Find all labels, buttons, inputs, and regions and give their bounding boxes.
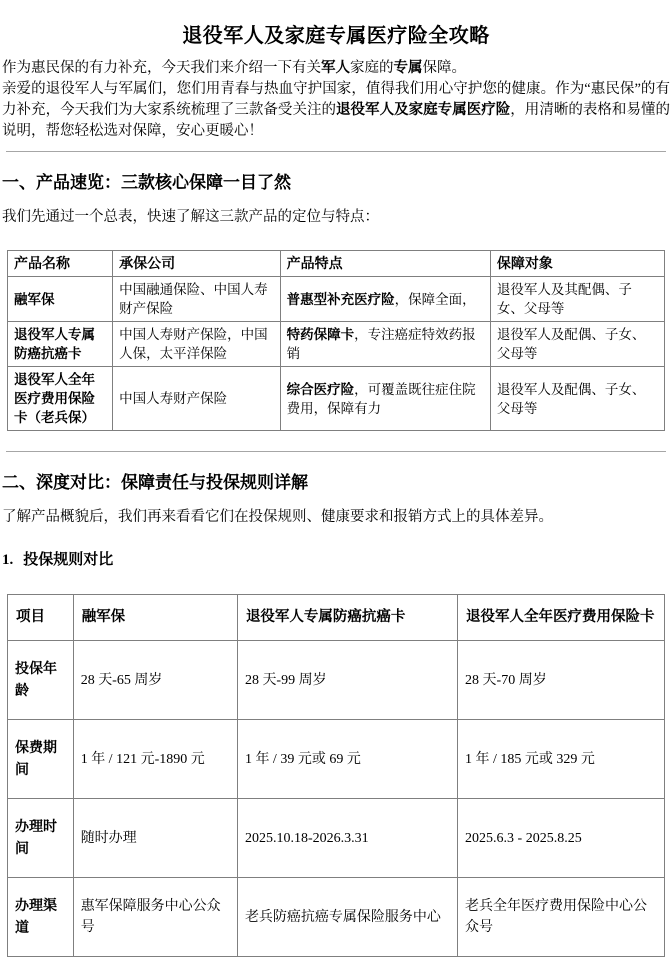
table-cell: 退役军人全年医疗费用保险卡（老兵保） [8,367,113,431]
bold-text: 普惠型补充医疗险 [287,292,395,307]
table-row: 办理时间随时办理2025.10.18-2026.3.312025.6.3 - 2… [8,799,665,878]
column-header: 产品名称 [8,251,113,277]
enrollment-rules-table: 项目融军保退役军人专属防癌抗癌卡退役军人全年医疗费用保险卡投保年龄28 天-65… [7,594,665,957]
bold-text: 综合医疗险 [287,382,355,397]
table-cell: 1 年 / 121 元-1890 元 [73,720,237,799]
table-cell: 28 天-65 周岁 [73,641,237,720]
bold-text: 特药保障卡 [287,327,355,342]
column-header: 项目 [8,595,74,641]
table-cell: 中国人寿财产保险 [113,367,281,431]
table-cell: 办理时间 [8,799,74,878]
table-row: 退役军人专属防癌抗癌卡中国人寿财产保险，中国人保，太平洋保险特药保障卡，专注癌症… [8,322,665,367]
table-cell: 普惠型补充医疗险，保障全面， [280,277,490,322]
bold-text: 退役军人专属防癌抗癌卡 [14,327,95,361]
section1-heading: 一、产品速览：三款核心保障一目了然 [2,172,670,194]
column-header: 退役军人专属防癌抗癌卡 [237,595,457,641]
document-page: 退役军人及家庭专属医疗险全攻略 作为惠民保的有力补充，今天我们来介绍一下有关军人… [0,0,672,963]
section2-intro: 了解产品概貌后，我们再来看看它们在投保规则、健康要求和报销方式上的具体差异。 [2,507,670,528]
table-row: 融军保中国融通保险、中国人寿财产保险普惠型补充医疗险，保障全面，退役军人及其配偶… [8,277,665,322]
subsection1-number: 1. [2,552,13,568]
table-cell: 1 年 / 39 元或 69 元 [237,720,457,799]
bold-text: 军人 [321,60,350,76]
table-cell: 随时办理 [73,799,237,878]
table-cell: 退役军人及配偶、子女、父母等 [490,322,664,367]
table-row: 办理渠道惠军保障服务中心公众号老兵防癌抗癌专属保险服务中心老兵全年医疗费用保险中… [8,878,665,957]
table-cell: 28 天-70 周岁 [458,641,665,720]
table-cell: 退役军人及其配偶、子女、父母等 [490,277,664,322]
bold-text: 退役军人全年医疗费用保险卡（老兵保） [14,372,95,425]
table-cell: 惠军保障服务中心公众号 [73,878,237,957]
intro-paragraph-1: 作为惠民保的有力补充，今天我们来介绍一下有关军人家庭的专属保障。 [2,58,670,79]
subsection1-heading: 1.投保规则对比 [2,550,670,570]
table-cell: 2025.10.18-2026.3.31 [237,799,457,878]
section1-intro: 我们先通过一个总表，快速了解这三款产品的定位与特点： [2,207,670,228]
table-cell: 中国融通保险、中国人寿财产保险 [113,277,281,322]
table-cell: 综合医疗险，可覆盖既往症住院费用，保障有力 [280,367,490,431]
bold-text: 保费期间 [15,739,57,777]
table-cell: 退役军人及配偶、子女、父母等 [490,367,664,431]
table-cell: 融军保 [8,277,113,322]
column-header: 承保公司 [113,251,281,277]
table-cell: 老兵全年医疗费用保险中心公众号 [458,878,665,957]
table-cell: 投保年龄 [8,641,74,720]
products-overview-table: 产品名称承保公司产品特点保障对象融军保中国融通保险、中国人寿财产保险普惠型补充医… [7,250,665,431]
column-header: 退役军人全年医疗费用保险卡 [458,595,665,641]
page-title: 退役军人及家庭专属医疗险全攻略 [2,24,670,48]
table-cell: 28 天-99 周岁 [237,641,457,720]
intro-paragraph-2: 亲爱的退役军人与军属们，您们用青春与热血守护国家，值得我们用心守护您的健康。作为… [2,79,670,142]
table-row: 投保年龄28 天-65 周岁28 天-99 周岁28 天-70 周岁 [8,641,665,720]
section-divider-1 [6,151,666,152]
table-row: 保费期间1 年 / 121 元-1890 元1 年 / 39 元或 69 元1 … [8,720,665,799]
section-divider-2 [6,451,666,452]
table-cell: 1 年 / 185 元或 329 元 [458,720,665,799]
table-cell: 特药保障卡，专注癌症特效药报销 [280,322,490,367]
column-header: 保障对象 [490,251,664,277]
section2-heading: 二、深度对比：保障责任与投保规则详解 [2,472,670,494]
table-header-row: 产品名称承保公司产品特点保障对象 [8,251,665,277]
table-cell: 办理渠道 [8,878,74,957]
bold-text: 专属 [394,60,423,76]
bold-text: 融军保 [14,292,55,307]
table-cell: 2025.6.3 - 2025.8.25 [458,799,665,878]
bold-text: 办理渠道 [15,897,57,935]
bold-text: 办理时间 [15,818,57,856]
column-header: 融军保 [73,595,237,641]
table-cell: 退役军人专属防癌抗癌卡 [8,322,113,367]
table-cell: 中国人寿财产保险，中国人保，太平洋保险 [113,322,281,367]
subsection1-label: 投保规则对比 [23,551,113,568]
bold-text: 投保年龄 [15,660,57,698]
table-row: 退役军人全年医疗费用保险卡（老兵保）中国人寿财产保险综合医疗险，可覆盖既往症住院… [8,367,665,431]
column-header: 产品特点 [280,251,490,277]
table-cell: 保费期间 [8,720,74,799]
bold-text: 退役军人及家庭专属医疗险 [336,102,510,118]
table-header-row: 项目融军保退役军人专属防癌抗癌卡退役军人全年医疗费用保险卡 [8,595,665,641]
table-cell: 老兵防癌抗癌专属保险服务中心 [237,878,457,957]
